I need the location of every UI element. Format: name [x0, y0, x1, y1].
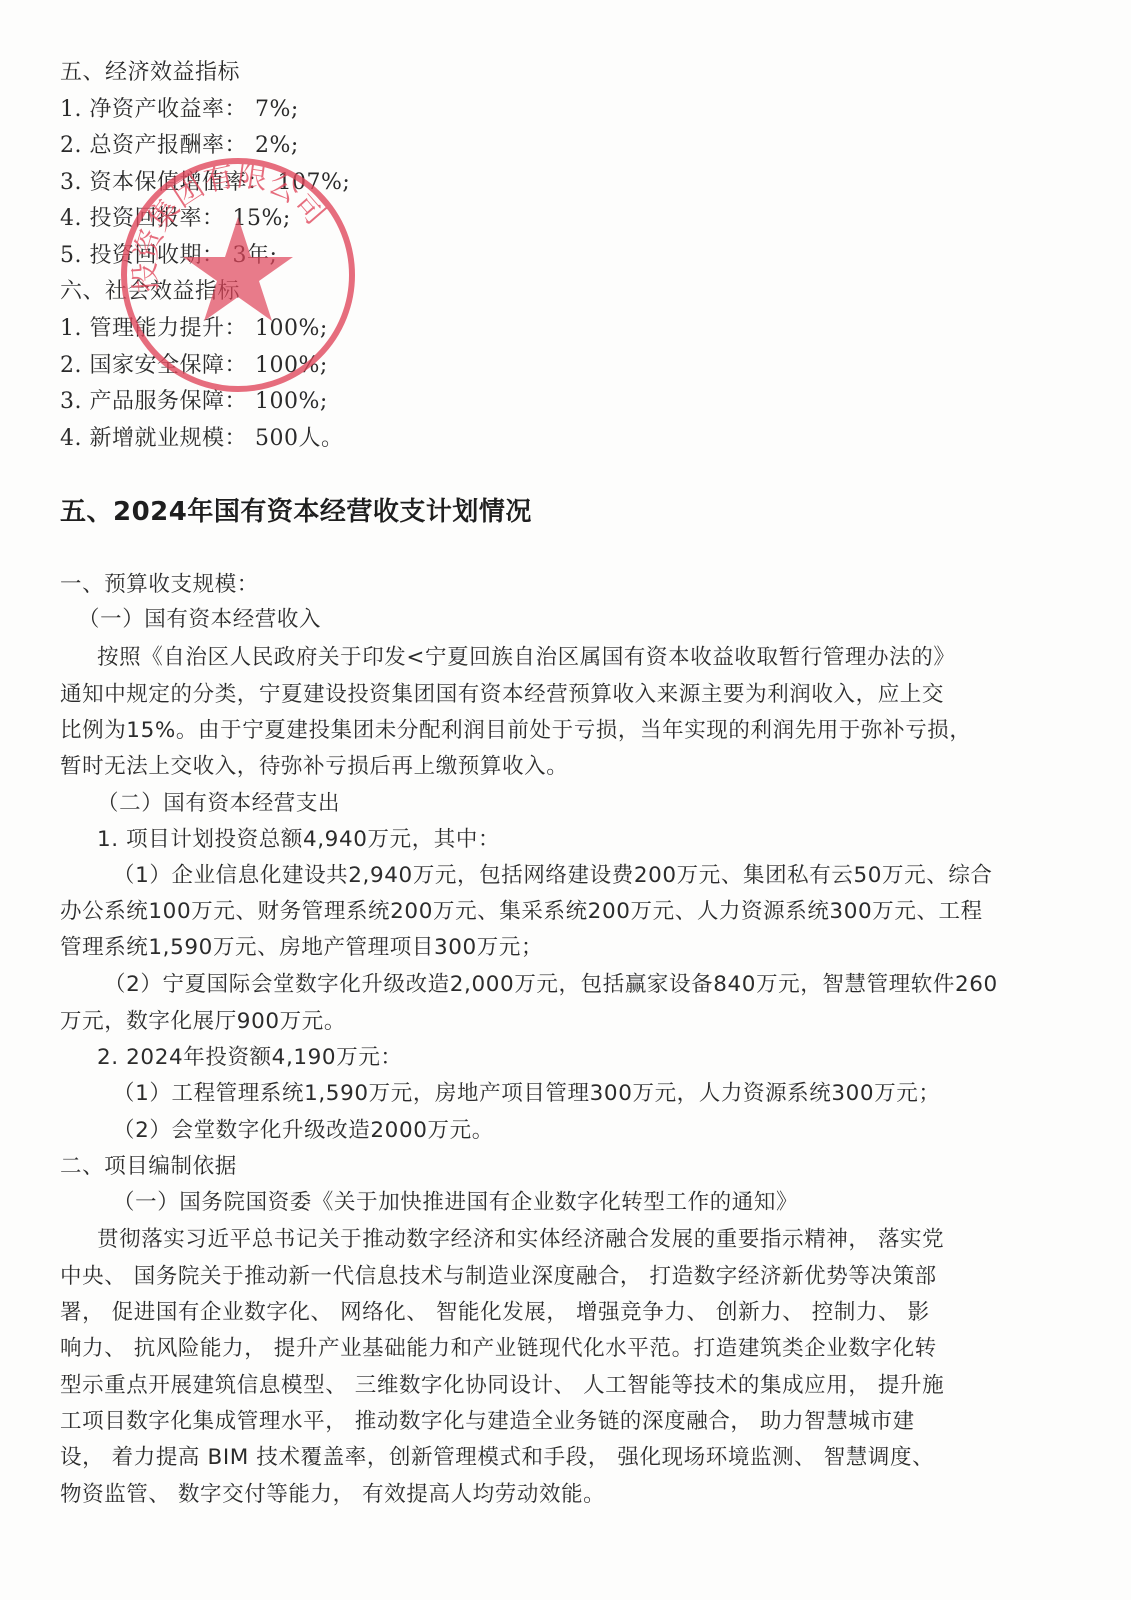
indicator-value: 100%; — [255, 353, 328, 378]
indicator-value: 500人。 — [255, 426, 344, 451]
income-paragraph-line: 暂时无法上交收入，待弥补亏损后再上缴预算收入。 — [60, 752, 568, 782]
expenditure-sub-line: （1）工程管理系统1,590万元，房地产项目管理300万元，人力资源系统300万… — [113, 1079, 941, 1109]
basis-paragraph-line: 设， 着力提高 BIM 技术覆盖率，创新管理模式和手段， 强化现场环境监测、 智… — [60, 1443, 934, 1473]
indicator-row: 5. 投资回收期：3年; — [60, 241, 277, 271]
indicator-value: 100%; — [255, 389, 328, 414]
indicator-row: 3. 资本保值增值率：107%; — [60, 168, 350, 198]
indicator-label: 2. 总资产报酬率： — [60, 133, 247, 158]
indicator-row: 4. 新增就业规模：500人。 — [60, 424, 343, 454]
expenditure-sub-line: （1）企业信息化建设共2,940万元，包括网络建设费200万元、集团私有云50万… — [113, 861, 993, 891]
basis-paragraph-line: 物资监管、 数字交付等能力， 有效提高人均劳动效能。 — [60, 1480, 605, 1510]
indicator-label: 4. 投资回报率： — [60, 206, 224, 231]
indicator-value: 2%; — [255, 133, 299, 158]
indicator-label: 1. 净资产收益率： — [60, 97, 247, 122]
expenditure-item-2-heading: 2. 2024年投资额4,190万元： — [97, 1043, 403, 1073]
indicator-label: 1. 管理能力提升： — [60, 316, 247, 341]
basis-paragraph-line: 型示重点开展建筑信息模型、 三维数字化协同设计、 人工智能等技术的集成应用， 提… — [60, 1371, 944, 1401]
indicator-label: 3. 资本保值增值率： — [60, 170, 269, 195]
basis-paragraph-line: 工项目数字化集成管理水平， 推动数字化与建造全业务链的深度融合， 助力智慧城市建 — [60, 1407, 915, 1437]
indicator-row: 1. 净资产收益率：7%; — [60, 95, 299, 125]
indicator-row: 4. 投资回报率：15%; — [60, 204, 291, 234]
basis-sub-heading: （一）国务院国资委《关于加快推进国有企业数字化转型工作的通知》 — [113, 1188, 798, 1218]
document-page: 五、经济效益指标 1. 净资产收益率：7%; 2. 总资产报酬率：2%; 3. … — [0, 0, 1131, 1600]
indicator-value: 7%; — [255, 97, 299, 122]
indicator-value: 3年; — [232, 243, 277, 268]
indicator-value: 107%; — [277, 170, 350, 195]
expenditure-sub-line: 办公系统100万元、财务管理系统200万元、集采系统200万元、人力资源系统30… — [60, 897, 983, 927]
section-title: 五、2024年国有资本经营收支计划情况 — [60, 494, 532, 530]
expenditure-sub-line: 管理系统1,590万元、房地产管理项目300万元； — [60, 933, 543, 963]
indicator-label: 4. 新增就业规模： — [60, 426, 247, 451]
social-indicators-heading: 六、社会效益指标 — [60, 277, 240, 307]
basis-paragraph-line: 响力、 抗风险能力， 提升产业基础能力和产业链现代化水平范。打造建筑类企业数字化… — [60, 1334, 937, 1364]
indicator-row: 3. 产品服务保障：100%; — [60, 387, 328, 417]
basis-paragraph-line: 署， 促进国有企业数字化、 网络化、 智能化发展， 增强竞争力、 创新力、 控制… — [60, 1298, 930, 1328]
indicator-value: 15%; — [232, 206, 290, 231]
indicator-label: 3. 产品服务保障： — [60, 389, 247, 414]
expenditure-sub-line: 万元，数字化展厅900万元。 — [60, 1007, 346, 1037]
income-paragraph-line: 比例为15%。由于宁夏建投集团未分配利润目前处于亏损，当年实现的利润先用于弥补亏… — [60, 716, 972, 746]
expenditure-heading: （二）国有资本经营支出 — [97, 789, 340, 819]
indicator-label: 5. 投资回收期： — [60, 243, 224, 268]
indicator-row: 1. 管理能力提升：100%; — [60, 314, 328, 344]
indicator-row: 2. 国家安全保障：100%; — [60, 351, 328, 381]
expenditure-sub-line: （2）会堂数字化升级改造2000万元。 — [113, 1116, 494, 1146]
expenditure-item-1-heading: 1. 项目计划投资总额4,940万元，其中： — [97, 825, 500, 855]
basis-heading: 二、项目编制依据 — [60, 1152, 237, 1182]
indicator-label: 2. 国家安全保障： — [60, 353, 247, 378]
income-heading: （一）国有资本经营收入 — [78, 605, 321, 635]
income-paragraph-line: 通知中规定的分类，宁夏建设投资集团国有资本经营预算收入来源主要为利润收入，应上交 — [60, 680, 944, 710]
income-paragraph-line: 按照《自治区人民政府关于印发<宁夏回族自治区属国有资本收益收取暂行管理办法的》 — [97, 643, 955, 673]
indicator-row: 2. 总资产报酬率：2%; — [60, 131, 299, 161]
indicator-value: 100%; — [255, 316, 328, 341]
economic-indicators-heading: 五、经济效益指标 — [60, 58, 240, 88]
basis-paragraph-line: 中央、 国务院关于推动新一代信息技术与制造业深度融合， 打造数字经济新优势等决策… — [60, 1262, 937, 1292]
basis-paragraph-line: 贯彻落实习近平总书记关于推动数字经济和实体经济融合发展的重要指示精神， 落实党 — [97, 1225, 944, 1255]
expenditure-sub-line: （2）宁夏国际会堂数字化升级改造2,000万元，包括赢家设备840万元，智慧管理… — [104, 970, 998, 1000]
budget-heading: 一、预算收支规模： — [60, 570, 259, 600]
